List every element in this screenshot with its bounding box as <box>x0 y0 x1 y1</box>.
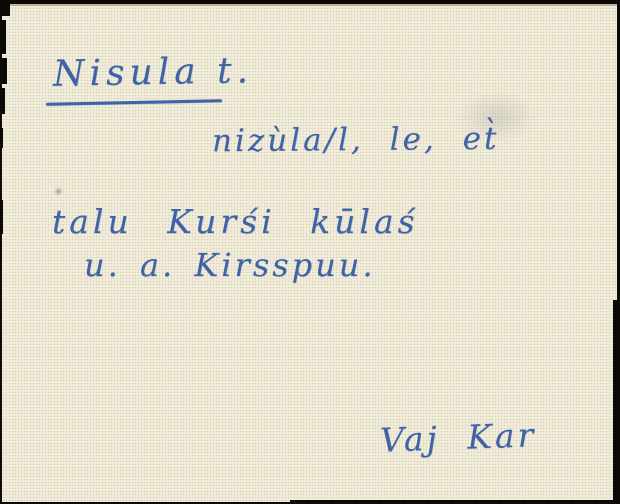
scan-edge-right <box>613 300 620 504</box>
scan-edge-left <box>0 242 2 264</box>
scan-edge-left <box>0 128 3 148</box>
scan-edge-left <box>0 20 6 54</box>
collector-signature: Vaj Kar <box>379 415 537 459</box>
pencil-dot <box>54 187 63 196</box>
scan-edge-left <box>0 0 10 16</box>
scanned-card-background: Nisula t. nizùla/l, le, et̀ talu Kurśi k… <box>0 0 620 504</box>
phonetic-transcription: nizùla/l, le, et̀ <box>212 121 500 160</box>
title-underline <box>46 99 222 106</box>
card-title: Nisula t. <box>53 50 254 94</box>
scan-edge-left <box>0 200 3 234</box>
scan-edge-bottom <box>290 500 620 504</box>
scan-edge-left <box>0 58 7 84</box>
location-line: talu Kurśi kūlaś <box>52 202 419 241</box>
scan-edge-left <box>0 88 5 114</box>
scan-edge-top-tint <box>0 4 620 6</box>
index-card: Nisula t. nizùla/l, le, et̀ talu Kurśi k… <box>2 4 617 502</box>
alt-name-line: u. a. Kirsspuu. <box>84 246 376 284</box>
